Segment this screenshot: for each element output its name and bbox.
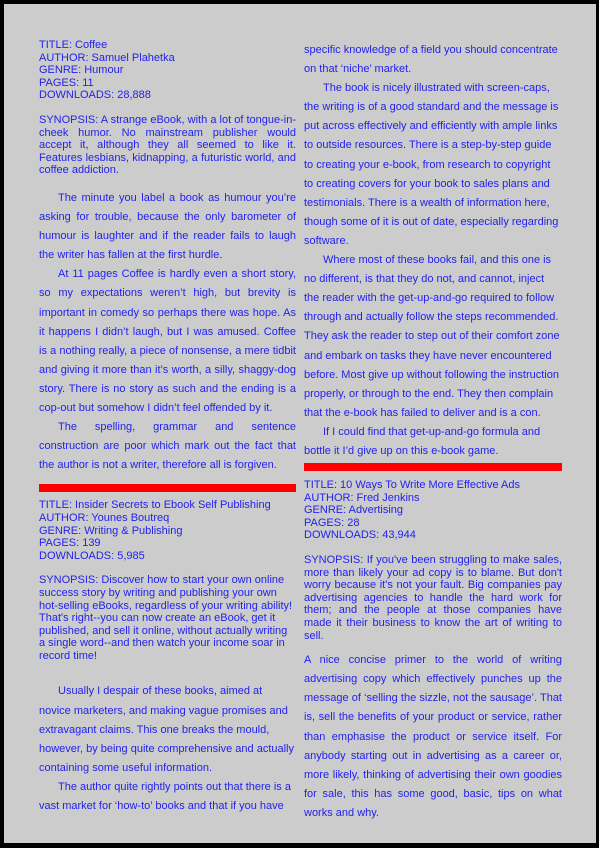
book-metadata: TITLE: 10 Ways To Write More Effective A… — [304, 479, 562, 542]
review-paragraph: specific knowledge of a field you should… — [304, 41, 562, 79]
book-genre: GENRE: Writing & Publishing — [39, 525, 296, 538]
review-paragraph-continued: The author quite rightly points out that… — [39, 778, 296, 816]
review-insider-secrets: TITLE: Insider Secrets to Ebook Self Pub… — [39, 499, 296, 816]
book-author: AUTHOR: Younes Boutreq — [39, 512, 296, 525]
review-body-continued: specific knowledge of a field you should… — [304, 41, 562, 461]
book-synopsis: SYNOPSIS: If you've been struggling to m… — [304, 554, 562, 642]
review-body: Usually I despair of these books, aimed … — [39, 682, 296, 816]
review-paragraph: If I could find that get-up-and-go formu… — [304, 423, 562, 461]
review-paragraph: The minute you label a book as humour yo… — [39, 189, 296, 265]
book-downloads: DOWNLOADS: 28,888 — [39, 89, 296, 102]
book-downloads: DOWNLOADS: 5,985 — [39, 550, 296, 563]
review-paragraph: At 11 pages Coffee is hardly even a shor… — [39, 265, 296, 418]
review-paragraph: The book is nicely illustrated with scre… — [304, 79, 562, 251]
book-genre: GENRE: Advertising — [304, 504, 562, 517]
book-synopsis: SYNOPSIS: A strange eBook, with a lot of… — [39, 114, 296, 177]
book-metadata: TITLE: Insider Secrets to Ebook Self Pub… — [39, 499, 296, 562]
book-title: TITLE: 10 Ways To Write More Effective A… — [304, 479, 562, 492]
book-pages: PAGES: 11 — [39, 77, 296, 90]
review-paragraph: A nice concise primer to the world of wr… — [304, 651, 562, 823]
book-title: TITLE: Insider Secrets to Ebook Self Pub… — [39, 499, 296, 512]
book-pages: PAGES: 139 — [39, 537, 296, 550]
right-column: specific knowledge of a field you should… — [304, 39, 562, 823]
book-genre: GENRE: Humour — [39, 64, 296, 77]
review-paragraph: Usually I despair of these books, aimed … — [39, 682, 296, 777]
left-column: TITLE: Coffee AUTHOR: Samuel Plahetka GE… — [39, 39, 296, 816]
book-metadata: TITLE: Coffee AUTHOR: Samuel Plahetka GE… — [39, 39, 296, 102]
review-body: A nice concise primer to the world of wr… — [304, 651, 562, 823]
review-paragraph: Where most of these books fail, and this… — [304, 251, 562, 423]
book-title: TITLE: Coffee — [39, 39, 296, 52]
review-effective-ads: TITLE: 10 Ways To Write More Effective A… — [304, 479, 562, 823]
book-downloads: DOWNLOADS: 43,944 — [304, 529, 562, 542]
section-divider — [39, 484, 296, 492]
review-body: The minute you label a book as humour yo… — [39, 189, 296, 475]
document-page: TITLE: Coffee AUTHOR: Samuel Plahetka GE… — [4, 4, 596, 843]
section-divider — [304, 463, 562, 471]
review-coffee: TITLE: Coffee AUTHOR: Samuel Plahetka GE… — [39, 39, 296, 475]
review-paragraph: The spelling, grammar and sentence const… — [39, 418, 296, 475]
book-author: AUTHOR: Fred Jenkins — [304, 492, 562, 505]
book-pages: PAGES: 28 — [304, 517, 562, 530]
book-synopsis: SYNOPSIS: Discover how to start your own… — [39, 574, 296, 662]
book-author: AUTHOR: Samuel Plahetka — [39, 52, 296, 65]
